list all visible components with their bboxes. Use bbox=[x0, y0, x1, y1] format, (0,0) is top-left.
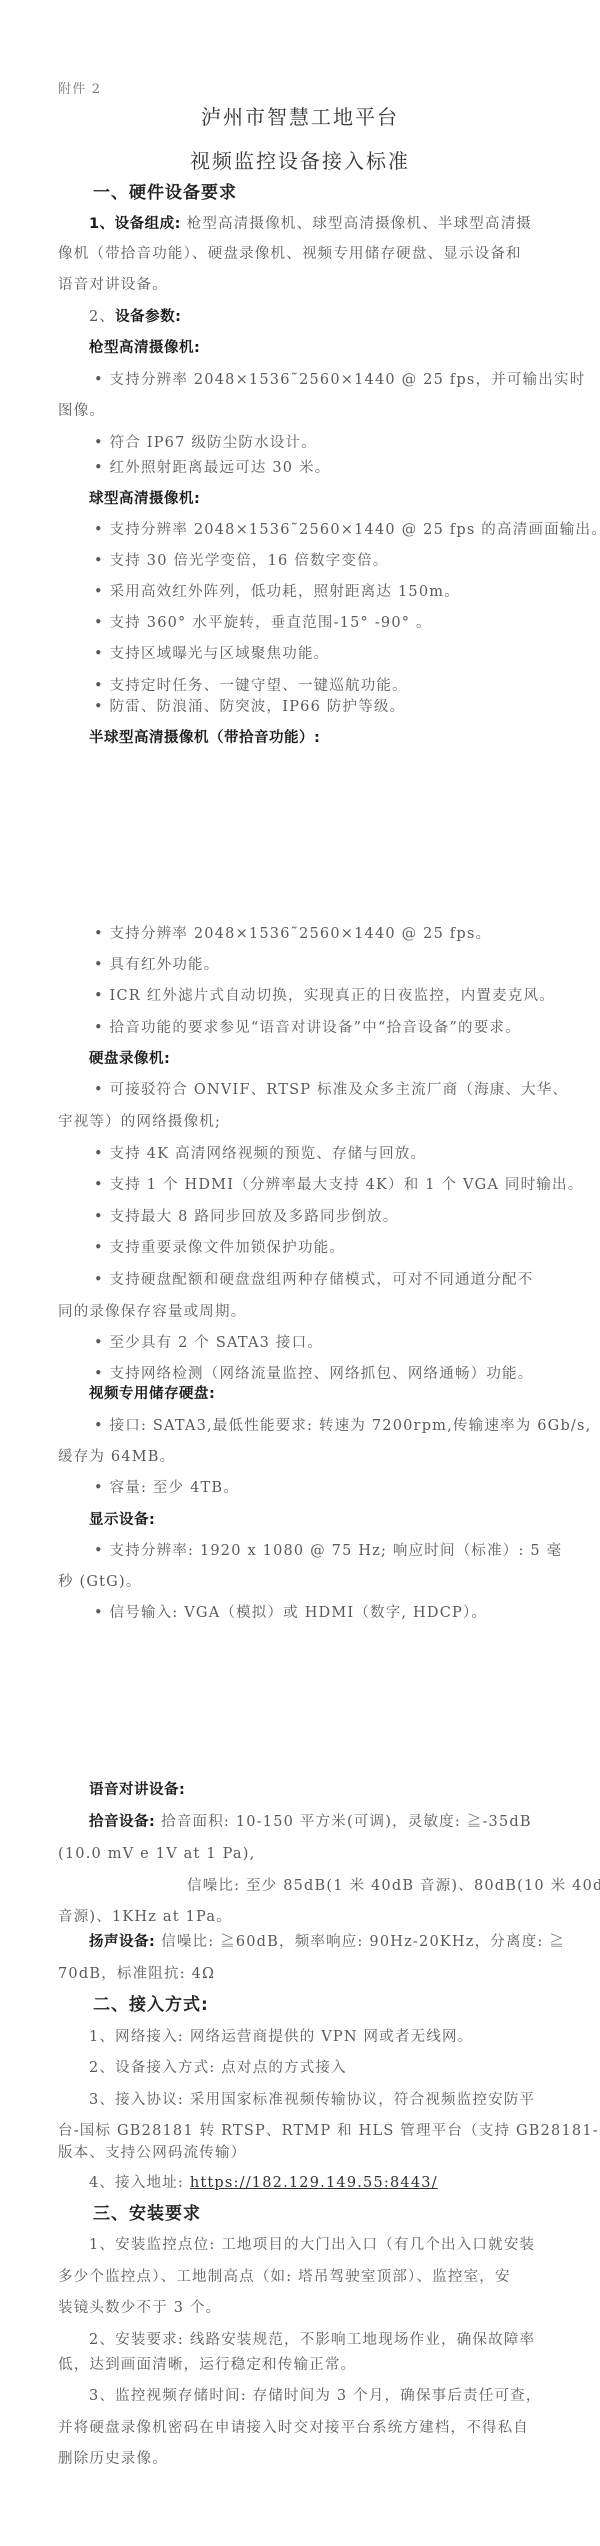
params-label: 设备参数: bbox=[115, 309, 181, 325]
params-prefix: 2、 bbox=[89, 309, 115, 325]
list-item: • ICR 红外滤片式自动切换，实现真正的日夜监控，内置麦克风。 bbox=[94, 986, 555, 1006]
access-item: 2、设备接入方式: 点对点的方式接入 bbox=[89, 2058, 347, 2078]
composition-text-2: 像机（带拾音功能）、硬盘录像机、视频专用储存硬盘、显示设备和 bbox=[58, 244, 522, 264]
access-address-link[interactable]: https://182.129.149.55:8443/ bbox=[190, 2175, 438, 2191]
speaker-label: 扬声设备: bbox=[89, 1934, 155, 1950]
install-item: 并将硬盘录像机密码在申请接入时交对接平台系统方建档，不得私自 bbox=[58, 2418, 529, 2438]
list-item: • 拾音功能的要求参见“语音对讲设备”中“拾音设备”的要求。 bbox=[94, 1018, 521, 1038]
composition-text: 枪型高清摄像机、球型高清摄像机、半球型高清摄 bbox=[187, 216, 532, 232]
attachment-label: 附件 2 bbox=[58, 80, 101, 100]
access-address-line: 4、接入地址: https://182.129.149.55:8443/ bbox=[89, 2173, 438, 2193]
subheading-storage-disk: 视频专用储存硬盘: bbox=[89, 1384, 215, 1404]
list-item: • 支持 4K 高清网络视频的预览、存储与回放。 bbox=[94, 1144, 426, 1164]
composition-text-3: 语音对讲设备。 bbox=[58, 275, 168, 295]
subheading-display: 显示设备: bbox=[89, 1510, 155, 1530]
composition-label: 1、设备组成: bbox=[89, 216, 181, 232]
access-address-label: 4、接入地址: bbox=[89, 2175, 190, 2191]
install-item: 2、安装要求: 线路安装规范，不影响工地现场作业，确保故障率 bbox=[89, 2330, 535, 2350]
list-item: • 具有红外功能。 bbox=[94, 955, 219, 975]
speaker-text: 信噪比: ≧60dB，频率响应: 90Hz-20KHz，分离度: ≧ bbox=[161, 1934, 565, 1950]
list-item: 缓存为 64MB。 bbox=[58, 1447, 175, 1467]
list-item: • 支持重要录像文件加锁保护功能。 bbox=[94, 1238, 345, 1258]
list-item: • 支持分辨率 2048×1536˜2560×1440 @ 25 fps 的高清… bbox=[94, 520, 600, 540]
subheading-bullet-camera: 枪型高清摄像机: bbox=[89, 338, 200, 358]
page-title-line-1: 泸州市智慧工地平台 bbox=[0, 104, 600, 130]
list-item: • 支持 1 个 HDMI（分辨率最大支持 4K）和 1 个 VGA 同时输出。 bbox=[94, 1175, 583, 1195]
list-item: 秒 (GtG)。 bbox=[58, 1572, 142, 1592]
install-item: 装镜头数少不于 3 个。 bbox=[58, 2298, 221, 2318]
pickup-text-3: 信噪比: 至少 85dB(1 米 40dB 音源)、80dB(10 米 40dB bbox=[187, 1876, 600, 1896]
subheading-half-dome-camera: 半球型高清摄像机（带拾音功能）: bbox=[89, 728, 320, 748]
list-item: 宇视等）的网络摄像机; bbox=[58, 1112, 221, 1132]
list-item: • 可接驳符合 ONVIF、RTSP 标准及众多主流厂商（海康、大华、 bbox=[94, 1080, 568, 1100]
access-item: 版本、支持公网码流传输） bbox=[58, 2143, 246, 2163]
access-item: 台-国标 GB28181 转 RTSP、RTMP 和 HLS 管理平台（支持 G… bbox=[58, 2121, 600, 2141]
list-item: • 支持分辨率: 1920 x 1080 @ 75 Hz; 响应时间（标准）: … bbox=[94, 1541, 562, 1561]
pickup-line: 拾音设备: 拾音面积: 10-150 平方米(可调)，灵敏度: ≧-35dB bbox=[89, 1812, 532, 1832]
subheading-intercom: 语音对讲设备: bbox=[89, 1780, 185, 1800]
install-item: 删除历史录像。 bbox=[58, 2449, 168, 2469]
list-item: • 支持网络检测（网络流量监控、网络抓包、网络通畅）功能。 bbox=[94, 1364, 533, 1384]
list-item: • 容量: 至少 4TB。 bbox=[94, 1478, 239, 1498]
list-item: • 采用高效红外阵列，低功耗，照射距离达 150m。 bbox=[94, 582, 460, 602]
list-item: • 支持硬盘配额和硬盘盘组两种存储模式，可对不同通道分配不 bbox=[94, 1270, 533, 1290]
section-heading-hardware: 一、硬件设备要求 bbox=[93, 181, 237, 205]
list-item: • 至少具有 2 个 SATA3 接口。 bbox=[94, 1333, 323, 1353]
speaker-line: 扬声设备: 信噪比: ≧60dB，频率响应: 90Hz-20KHz，分离度: ≧ bbox=[89, 1932, 565, 1952]
list-item: • 红外照射距离最远可达 30 米。 bbox=[94, 458, 330, 478]
install-item: 低，达到画面清晰，运行稳定和传输正常。 bbox=[58, 2355, 356, 2375]
list-item: • 支持定时任务、一键守望、一键巡航功能。 bbox=[94, 676, 408, 696]
list-item: • 支持分辨率 2048×1536˜2560×1440 @ 25 fps。 bbox=[94, 924, 491, 944]
list-item: • 支持 30 倍光学变倍，16 倍数字变倍。 bbox=[94, 551, 389, 571]
list-item: • 支持分辨率 2048×1536˜2560×1440 @ 25 fps，并可输… bbox=[94, 370, 585, 390]
list-item: • 符合 IP67 级防尘防水设计。 bbox=[94, 433, 317, 453]
speaker-text-2: 70dB，标准阻抗: 4Ω bbox=[58, 1964, 215, 1984]
section-heading-install: 三、安装要求 bbox=[93, 2202, 201, 2226]
list-item: 同的录像保存容量或周期。 bbox=[58, 1302, 246, 1322]
list-item: • 支持区域曝光与区域聚焦功能。 bbox=[94, 644, 329, 664]
composition-line: 1、设备组成: 枪型高清摄像机、球型高清摄像机、半球型高清摄 bbox=[89, 214, 532, 234]
list-item: • 支持 360° 水平旋转，垂直范围-15° -90° 。 bbox=[94, 613, 432, 633]
list-item: • 支持最大 8 路同步回放及多路同步倒放。 bbox=[94, 1207, 399, 1227]
access-item: 1、网络接入: 网络运营商提供的 VPN 网或者无线网。 bbox=[89, 2027, 473, 2047]
install-item: 1、安装监控点位: 工地项目的大门出入口（有几个出入口就安装 bbox=[89, 2235, 535, 2255]
pickup-text: 拾音面积: 10-150 平方米(可调)，灵敏度: ≧-35dB bbox=[161, 1814, 532, 1830]
list-item: • 信号输入: VGA（模拟）或 HDMI（数字, HDCP）。 bbox=[94, 1603, 487, 1623]
install-item: 多少个监控点）、工地制高点（如: 塔吊驾驶室顶部）、监控室，安 bbox=[58, 2267, 511, 2287]
list-item: • 接口: SATA3,最低性能要求: 转速为 7200rpm,传输速率为 6G… bbox=[94, 1416, 591, 1436]
pickup-text-2: (10.0 mV e 1V at 1 Pa), bbox=[58, 1844, 255, 1864]
subheading-nvr: 硬盘录像机: bbox=[89, 1049, 170, 1069]
subheading-dome-camera: 球型高清摄像机: bbox=[89, 489, 200, 509]
pickup-label: 拾音设备: bbox=[89, 1814, 155, 1830]
section-heading-access: 二、接入方式: bbox=[93, 1993, 209, 2017]
list-item: 图像。 bbox=[58, 401, 105, 421]
params-line: 2、设备参数: bbox=[89, 307, 181, 327]
list-item: • 防雷、防浪涌、防突波，IP66 防护等级。 bbox=[94, 697, 405, 717]
install-item: 3、监控视频存储时间: 存储时间为 3 个月，确保事后责任可查， bbox=[89, 2386, 542, 2406]
access-item: 3、接入协议: 采用国家标准视频传输协议，符合视频监控安防平 bbox=[89, 2090, 535, 2110]
page-title-line-2: 视频监控设备接入标准 bbox=[0, 148, 600, 174]
pickup-text-4: 音源)、1KHz at 1Pa。 bbox=[58, 1907, 232, 1927]
